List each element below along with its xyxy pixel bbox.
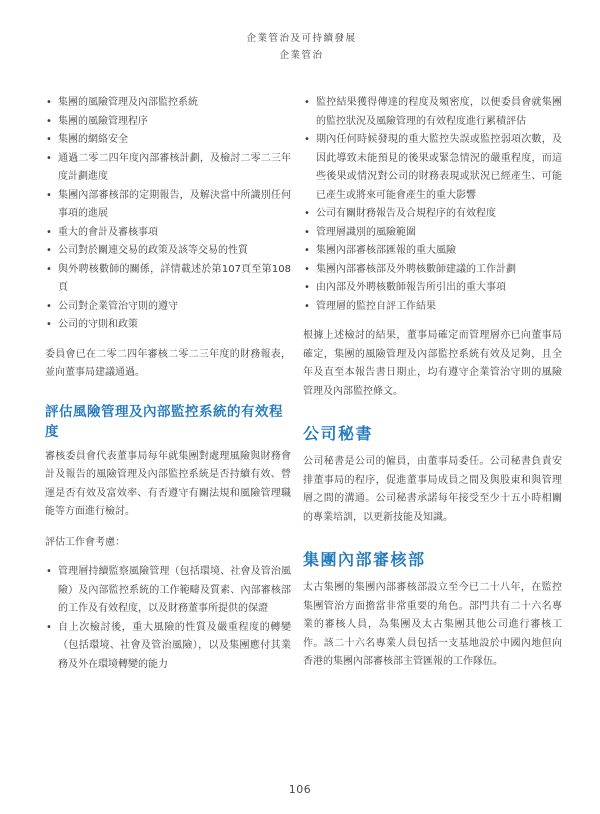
company-secretary-paragraph: 公司秘書是公司的僱員，由董事局委任。公司秘書負責安排董事局的程序，促進董事局成員… xyxy=(303,453,562,527)
list-item: 集團內部審核部及外聘核數師建議的工作計劃 xyxy=(303,261,562,280)
list-item: 監控結果獲得傳達的程度及頻密度，以便委員會就集團的監控狀況及風險管理的有效程度進… xyxy=(303,94,562,131)
committee-review-paragraph: 委員會已在二零二四年審核二零二三年度的財務報表，並向董事局建議通過。 xyxy=(45,346,291,383)
list-item: 自上次檢討後，重大風險的性質及嚴重程度的轉變（包括環境、社會及管治風險），以及集… xyxy=(45,619,291,675)
document-page: 企業管治及可持續發展 企業管治 集團的風險管理及內部監控系統集團的風險管理程序集… xyxy=(0,0,600,814)
list-item: 集團內部審核部的定期報告，及解決當中所識別任何事項的進展 xyxy=(45,187,291,224)
section-heading-risk-assessment: 評估風險管理及內部監控系統的有效程度 xyxy=(45,400,291,440)
list-item: 管理層的監控自評工作結果 xyxy=(303,298,562,317)
left-column: 集團的風險管理及內部監控系統集團的風險管理程序集團的網絡安全通過二零二四年度內部… xyxy=(45,94,291,674)
list-item: 公司有關財務報告及合規程序的有效程度 xyxy=(303,205,562,224)
page-header: 企業管治及可持續發展 企業管治 xyxy=(45,30,558,64)
board-conclusion-paragraph: 根據上述檢討的結果，董事局確定而管理層亦已向董事局確定，集團的風險管理及內部監控… xyxy=(303,327,562,401)
list-item: 公司的守則和政策 xyxy=(45,316,291,335)
risk-assessment-paragraph: 審核委員會代表董事局每年就集團對處理風險與財務會計及報告的風險管理及內部監控系統… xyxy=(45,448,291,522)
list-item: 管理層持續監察風險管理（包括環境、社會及管治風險）及內部監控系統的工作範疇及質素… xyxy=(45,563,291,619)
header-section-title: 企業管治及可持續發展 xyxy=(45,30,558,47)
list-item: 集團的風險管理及內部監控系統 xyxy=(45,94,291,113)
list-item: 集團內部審核部匯報的重大風險 xyxy=(303,242,562,261)
list-item: 集團的網絡安全 xyxy=(45,131,291,150)
audit-review-items-list: 集團的風險管理及內部監控系統集團的風險管理程序集團的網絡安全通過二零二四年度內部… xyxy=(45,94,291,335)
considerations-label: 評估工作會考慮： xyxy=(45,534,291,553)
header-chapter-title: 企業管治 xyxy=(45,47,558,64)
page-number: 106 xyxy=(0,783,600,796)
section-heading-company-secretary: 公司秘書 xyxy=(303,421,562,444)
list-item: 公司對企業管治守則的遵守 xyxy=(45,298,291,317)
section-heading-internal-audit: 集團內部審核部 xyxy=(303,547,562,570)
list-item: 公司對於關連交易的政策及該等交易的性質 xyxy=(45,242,291,261)
list-item: 通過二零二四年度內部審核計劃，及檢討二零二三年度計劃進度 xyxy=(45,150,291,187)
right-column: 監控結果獲得傳達的程度及頻密度，以便委員會就集團的監控狀況及風險管理的有效程度進… xyxy=(303,94,562,672)
list-item: 集團的風險管理程序 xyxy=(45,113,291,132)
list-item: 與外聘核數師的關係，詳情載述於第107頁至第108頁 xyxy=(45,261,291,298)
monitoring-items-list: 監控結果獲得傳達的程度及頻密度，以便委員會就集團的監控狀況及風險管理的有效程度進… xyxy=(303,94,562,316)
list-item: 管理層識別的風險範圍 xyxy=(303,224,562,243)
list-item: 期內任何時候發現的重大監控失誤或監控弱項次數，及因此導致未能預見的後果或緊急情況… xyxy=(303,131,562,205)
two-column-layout: 集團的風險管理及內部監控系統集團的風險管理程序集團的網絡安全通過二零二四年度內部… xyxy=(45,94,558,674)
considerations-list: 管理層持續監察風險管理（包括環境、社會及管治風險）及內部監控系統的工作範疇及質素… xyxy=(45,563,291,674)
list-item: 由內部及外聘核數師報告所引出的重大事項 xyxy=(303,279,562,298)
list-item: 重大的會計及審核事項 xyxy=(45,224,291,243)
internal-audit-paragraph: 太古集團的集團內部審核部設立至今已二十八年，在監控集團管治方面擔當非常重要的角色… xyxy=(303,579,562,672)
